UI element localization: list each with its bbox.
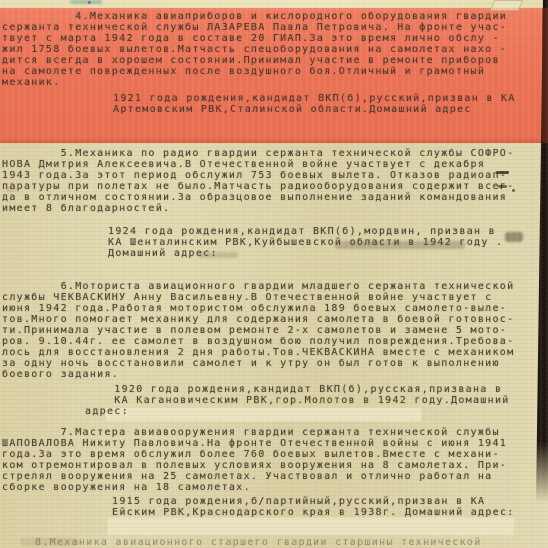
red-overlay-right-edge-shadow [542, 8, 548, 143]
typed-birth-record-section-6: 1920 года рождения,кандидат ВКП(б),русск… [85, 384, 510, 417]
typed-paragraph-section-8-cutoff: 8.Механика авиационного старшего гвардии… [35, 537, 482, 548]
typed-paragraph-section-7: 7.Мастера авиавооружения гвардии сержант… [2, 427, 507, 493]
scanned-document-page: 4.Механика авиаприборов и кислородного о… [0, 0, 548, 548]
page-top-edge [0, 0, 548, 8]
typed-birth-record-section-7: 1915 года рождения,б/партийный,русский,п… [112, 496, 515, 518]
typed-paragraph-section-6: 6.Моториста авиационного гвардии младшег… [2, 281, 514, 380]
typed-birth-record-section-4: 1921 года рождения,кандидат ВКП(б),русск… [113, 93, 516, 115]
typed-paragraph-section-5: 5.Механика по радио гвардии сержанта тех… [2, 148, 514, 214]
typed-birth-record-section-5: 1924 года рождения,кандидат ВКП(б),мордв… [108, 226, 503, 259]
eraser-smear-2 [505, 232, 523, 242]
top-corner-fold-mark [490, 0, 524, 11]
redacted-address-bar-2 [108, 518, 514, 535]
typed-paragraph-section-4: 4.Механика авиаприборов и кислородного о… [2, 11, 507, 88]
